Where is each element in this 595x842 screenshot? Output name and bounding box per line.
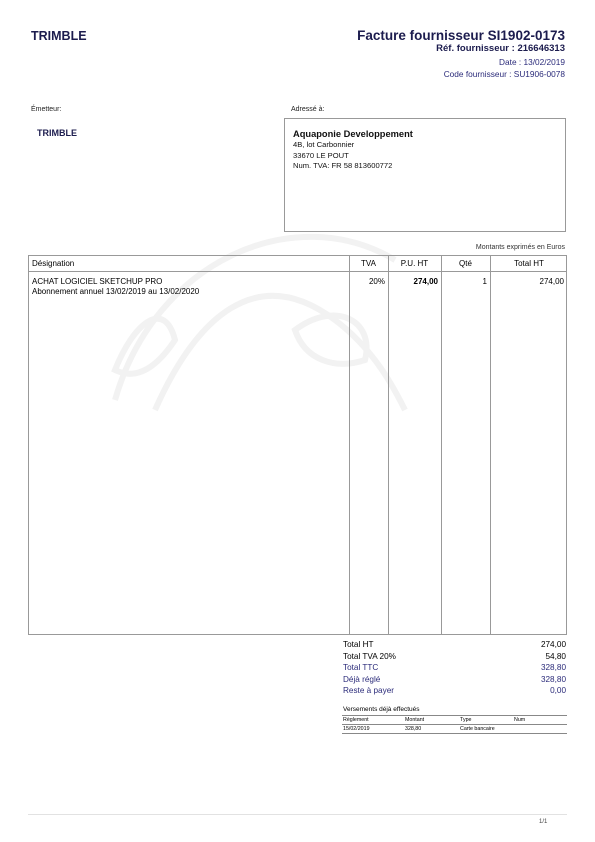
total-label: Total TTC xyxy=(343,662,378,674)
pay-col-amount: Montant xyxy=(404,716,459,725)
footer-divider xyxy=(28,814,567,815)
invoice-date: Date : 13/02/2019 xyxy=(499,57,565,67)
issuer-name: TRIMBLE xyxy=(37,128,77,138)
pay-date: 15/02/2019 xyxy=(342,725,404,734)
total-value: 328,80 xyxy=(541,662,566,674)
total-value: 54,80 xyxy=(546,651,567,663)
payments-table: Règlement Montant Type Num 15/02/2019 32… xyxy=(342,715,567,734)
col-tva: TVA xyxy=(349,259,388,268)
col-pu: P.U. HT xyxy=(388,259,441,268)
total-ht-row: Total HT274,00 xyxy=(343,639,566,651)
pay-col-num: Num xyxy=(513,716,567,725)
col-divider xyxy=(349,256,350,634)
total-value: 328,80 xyxy=(541,674,566,686)
issuer-label: Émetteur: xyxy=(31,106,61,113)
recipient-address2: 33670 LE POUT xyxy=(293,151,565,162)
pay-col-type: Type xyxy=(459,716,513,725)
recipient-vat: Num. TVA: FR 58 813600772 xyxy=(293,161,565,172)
pay-col-date: Règlement xyxy=(342,716,404,725)
page-number: 1/1 xyxy=(539,819,547,825)
remaining-row: Reste à payer0,00 xyxy=(343,685,566,697)
col-total: Total HT xyxy=(490,259,568,268)
col-divider xyxy=(388,256,389,634)
item-description: Abonnement annuel 13/02/2019 au 13/02/20… xyxy=(32,287,199,297)
pay-type: Carte bancaire xyxy=(459,725,513,734)
items-table: Désignation TVA P.U. HT Qté Total HT ACH… xyxy=(28,255,567,635)
supplier-code: Code fournisseur : SU1906-0078 xyxy=(444,69,565,79)
recipient-name: Aquaponie Developpement xyxy=(293,128,565,140)
payments-title: Versements déjà effectués xyxy=(343,706,419,713)
pay-amount: 328,80 xyxy=(404,725,459,734)
currency-note: Montants exprimés en Euros xyxy=(476,244,565,251)
item-pu: 274,00 xyxy=(388,277,438,286)
col-divider xyxy=(490,256,491,634)
item-total: 274,00 xyxy=(490,277,564,286)
total-label: Déjà réglé xyxy=(343,674,380,686)
totals: Total HT274,00 Total TVA 20%54,80 Total … xyxy=(343,639,566,697)
recipient-box: Aquaponie Developpement 4B, lot Carbonni… xyxy=(284,118,566,232)
supplier-ref: Réf. fournisseur : 216646313 xyxy=(436,43,565,54)
item-designation: ACHAT LOGICIEL SKETCHUP PRO xyxy=(32,277,199,287)
col-divider xyxy=(441,256,442,634)
total-ttc-row: Total TTC328,80 xyxy=(343,662,566,674)
total-value: 0,00 xyxy=(550,685,566,697)
total-label: Total HT xyxy=(343,639,373,651)
invoice-title: Facture fournisseur SI1902-0173 xyxy=(357,28,565,43)
total-label: Total TVA 20% xyxy=(343,651,396,663)
recipient-address1: 4B, lot Carbonnier xyxy=(293,140,565,151)
table-row: ACHAT LOGICIEL SKETCHUP PRO Abonnement a… xyxy=(32,277,199,297)
col-qty: Qté xyxy=(441,259,490,268)
recipient-label: Adressé à: xyxy=(291,106,324,113)
company-name: TRIMBLE xyxy=(31,29,87,43)
col-designation: Désignation xyxy=(32,259,74,268)
table-row: 15/02/2019 328,80 Carte bancaire xyxy=(342,725,567,734)
item-qty: 1 xyxy=(441,277,487,286)
total-tva-row: Total TVA 20%54,80 xyxy=(343,651,566,663)
already-paid-row: Déjà réglé328,80 xyxy=(343,674,566,686)
pay-num xyxy=(513,725,567,734)
item-tva: 20% xyxy=(349,277,385,286)
total-value: 274,00 xyxy=(541,639,566,651)
total-label: Reste à payer xyxy=(343,685,394,697)
